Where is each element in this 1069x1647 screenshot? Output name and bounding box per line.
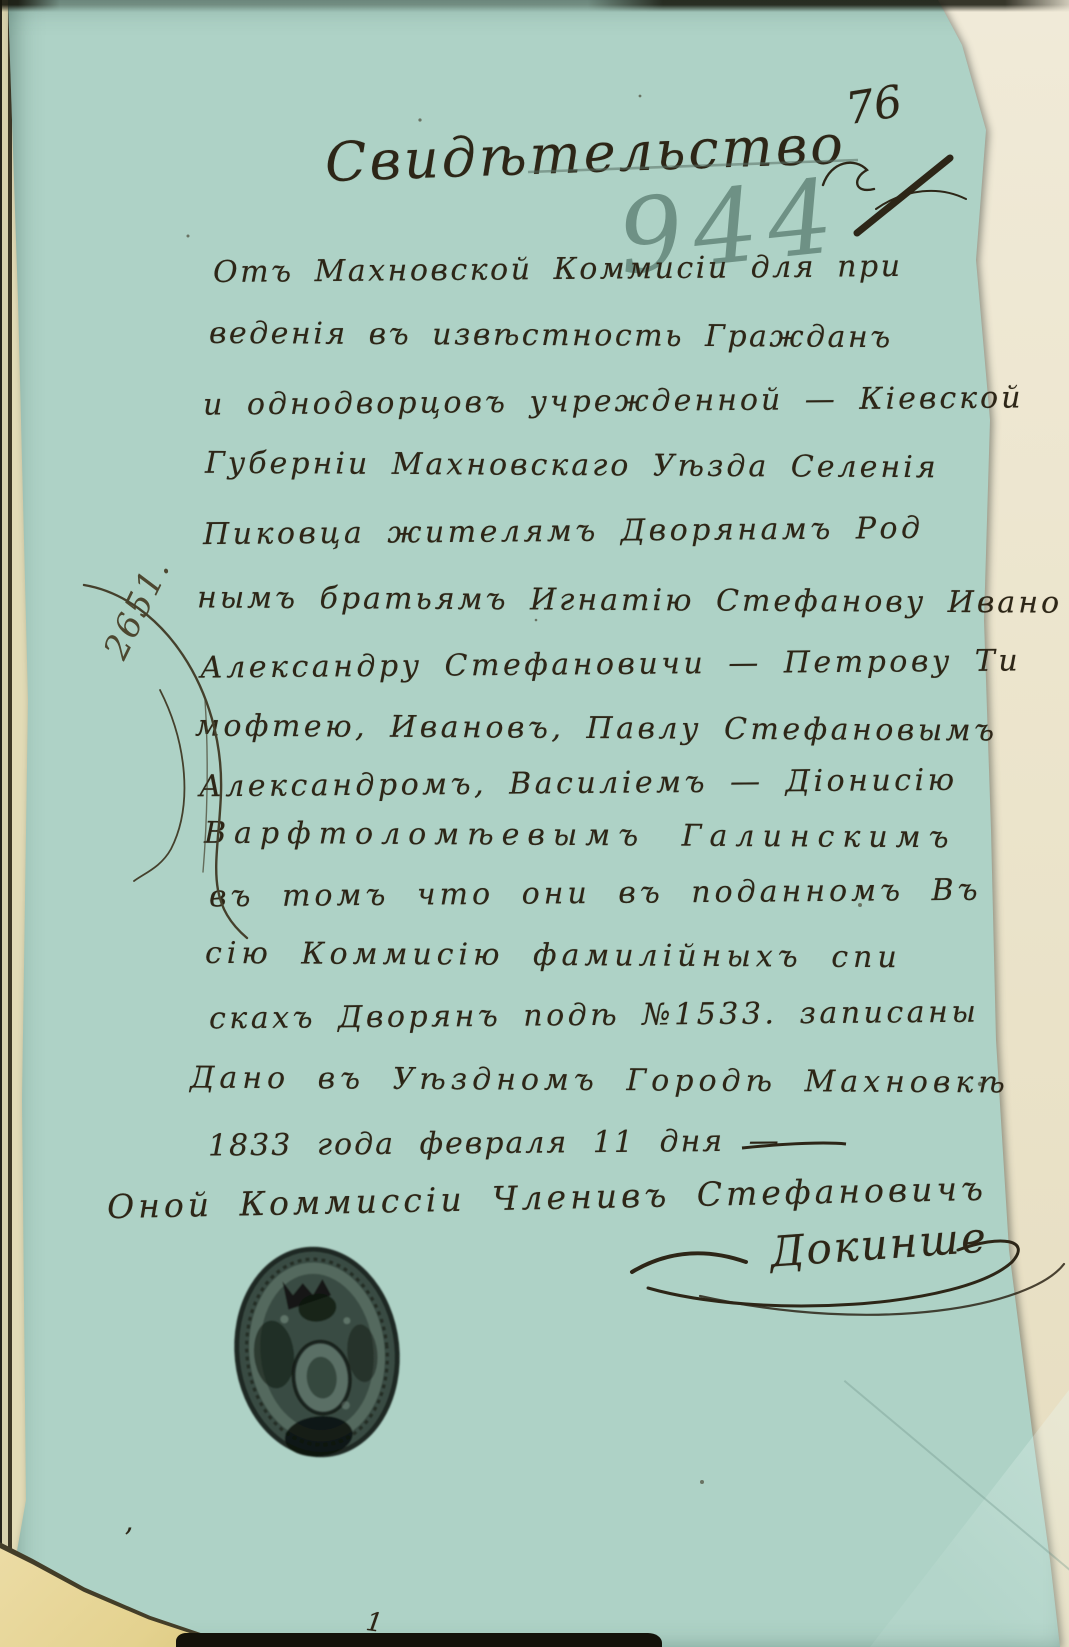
- body-line: скахъ Дворянъ подѣ №1533. записаны: [209, 995, 980, 1037]
- body-line: и однодворцовъ учрежденной — Кіевской: [203, 380, 1024, 422]
- body-line: Варфтоломѣевымъ Галинскимъ: [204, 816, 957, 856]
- body-line: Отъ Махновской Коммисіи для при: [213, 249, 903, 290]
- body-line: 1833 года февраля 11 дня —: [208, 1124, 781, 1164]
- body-line: Александромъ, Василіемъ — Діонисію: [199, 763, 958, 805]
- body-line: Александру Стефановичи — Петрову Ти: [200, 643, 1021, 685]
- body-line: Дано въ Уѣздномъ Городѣ Махновкѣ: [190, 1060, 1010, 1100]
- body-line: веденія въ извѣстность Гражданъ: [209, 316, 893, 355]
- body-line: Пиковца жителямъ Дворянамъ Род: [203, 511, 924, 552]
- photo-bottom-dark-band: [176, 1633, 662, 1647]
- body-line: въ томъ что они въ поданномъ Въ: [209, 873, 982, 915]
- body-line: сію Коммисію фамилійныхъ спи: [205, 936, 902, 975]
- seal-graphic: [224, 1239, 409, 1465]
- body-line: нымъ братьямъ Игнатію Стефанову Ивано: [197, 580, 1062, 620]
- ink-apostrophe-mark: ’: [124, 1522, 133, 1555]
- seal-stamp: [222, 1238, 412, 1466]
- body-line: Губерніи Махновскаго Уѣзда Селенія: [205, 446, 939, 485]
- photo-top-edge-shadow: [0, 0, 1069, 12]
- body-line: мофтею, Ивановъ, Павлу Стефановымъ: [195, 709, 998, 749]
- folio-number: 76: [842, 76, 905, 135]
- scanned-document-photo: 76 944 Свидѣтельство Отъ Махновской Комм…: [0, 0, 1069, 1647]
